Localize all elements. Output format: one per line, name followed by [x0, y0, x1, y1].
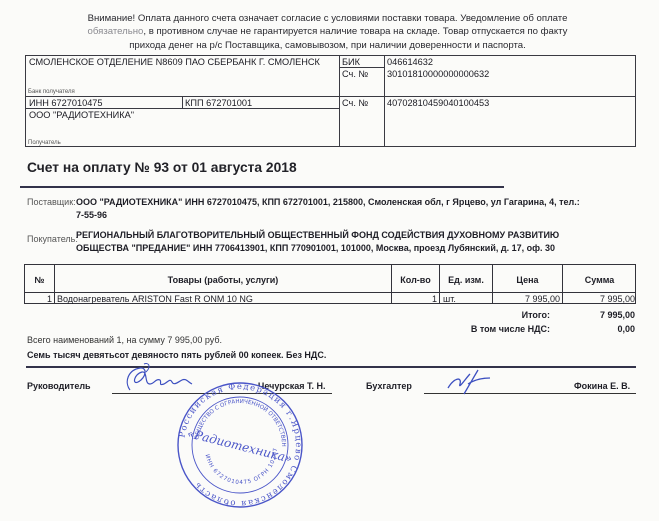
- notice-line-3: прихода денег на р/с Поставщика, самовыв…: [60, 39, 595, 52]
- col-header-goods: Товары (работы, услуги): [55, 268, 391, 293]
- invoice-title: Счет на оплату № 93 от 01 августа 2018: [27, 160, 297, 175]
- kpp: КПП 672701001: [185, 98, 252, 108]
- divider: [339, 67, 384, 68]
- row-name: Водонагреватель ARISTON Fast R ONM 10 NG: [57, 294, 387, 304]
- corr-account-label: Сч. №: [342, 69, 368, 79]
- stamp-center-text: «Радиотехника»: [186, 426, 294, 466]
- vat-value: 0,00: [560, 324, 635, 334]
- accountant-signature-icon: [444, 368, 494, 396]
- divider: [339, 96, 636, 97]
- director-label: Руководитель: [27, 381, 91, 391]
- divider: [339, 56, 340, 147]
- buyer-label: Покупатель:: [27, 234, 78, 244]
- total-label: Итого:: [400, 310, 550, 320]
- items-count-summary: Всего наименований 1, на сумму 7 995,00 …: [27, 335, 222, 345]
- divider: [26, 96, 339, 97]
- supplier-line-2: 7-55-96: [76, 209, 580, 222]
- row-qty: 1: [392, 294, 437, 304]
- notice-line-1: Внимание! Оплата данного счета означает …: [60, 12, 595, 25]
- recipient-label: Получатель: [28, 140, 61, 146]
- divider: [384, 56, 385, 147]
- accountant-name: Фокина Е. В.: [574, 381, 630, 391]
- notice-faint-word: обязательно: [88, 26, 144, 37]
- col-header-price: Цена: [493, 268, 562, 293]
- bank-details-table: СМОЛЕНСКОЕ ОТДЕЛЕНИЕ N8609 ПАО СБЕРБАНК …: [25, 55, 636, 147]
- account-value: 40702810459040100453: [387, 98, 489, 108]
- buyer-line-1: РЕГИОНАЛЬНЫЙ БЛАГОТВОРИТЕЛЬНЫЙ ОБЩЕСТВЕН…: [76, 229, 559, 242]
- company-stamp-icon: Российская Федерация г.Ярцево Смоленская…: [175, 378, 305, 513]
- recipient-name: ООО "РАДИОТЕХНИКА": [29, 110, 134, 120]
- col-header-qty: Кол-во: [392, 268, 439, 293]
- row-unit: шт.: [443, 294, 491, 304]
- vat-label: В том числе НДС:: [400, 324, 550, 334]
- bik-value: 046614632: [387, 57, 433, 67]
- total-value: 7 995,00: [560, 310, 635, 320]
- notice-line-2: обязательно, в противном случае не гаран…: [60, 25, 595, 38]
- buyer-details: РЕГИОНАЛЬНЫЙ БЛАГОТВОРИТЕЛЬНЫЙ ОБЩЕСТВЕН…: [76, 229, 559, 254]
- supplier-label: Поставщик:: [27, 197, 76, 207]
- row-sum: 7 995,00: [563, 294, 635, 304]
- buyer-line-2: ОБЩЕСТВА "ПРЕДАНИЕ" ИНН 7706413901, КПП …: [76, 242, 559, 255]
- divider: [182, 96, 183, 108]
- row-num: 1: [25, 294, 52, 304]
- bank-name: СМОЛЕНСКОЕ ОТДЕЛЕНИЕ N8609 ПАО СБЕРБАНК …: [29, 57, 320, 67]
- accountant-label: Бухгалтер: [366, 381, 412, 391]
- divider: [26, 108, 339, 109]
- supplier-line-1: ООО "РАДИОТЕХНИКА" ИНН 6727010475, КПП 6…: [76, 196, 580, 209]
- amount-in-words: Семь тысяч девятьсот девяносто пять рубл…: [27, 350, 326, 360]
- bank-label: Банк получателя: [28, 89, 75, 95]
- col-header-num: №: [25, 268, 54, 293]
- payment-notice: Внимание! Оплата данного счета означает …: [60, 12, 595, 52]
- corr-account-value: 30101810000000000632: [387, 69, 489, 79]
- row-price: 7 995,00: [493, 294, 560, 304]
- inn: ИНН 6727010475: [29, 98, 103, 108]
- col-header-sum: Сумма: [563, 268, 636, 293]
- supplier-details: ООО "РАДИОТЕХНИКА" ИНН 6727010475, КПП 6…: [76, 196, 580, 221]
- title-rule: [20, 186, 504, 188]
- notice-line-2-rest: , в противном случае не гарантируется на…: [143, 26, 567, 37]
- account-label: Сч. №: [342, 98, 368, 108]
- col-header-unit: Ед. изм.: [440, 268, 492, 293]
- goods-table: № Товары (работы, услуги) Кол-во Ед. изм…: [24, 264, 636, 304]
- bik-label: БИК: [342, 57, 360, 67]
